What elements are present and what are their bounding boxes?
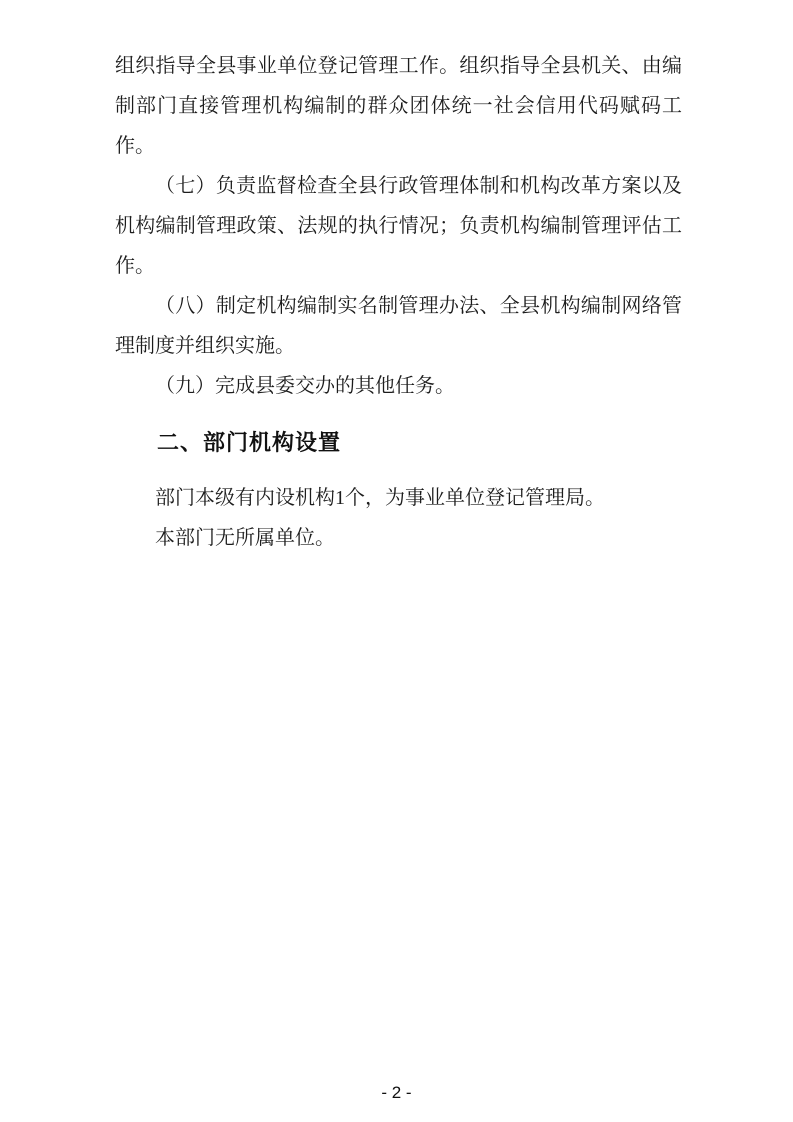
paragraph-item-7: （七）负责监督检查全县行政管理体制和机构改革方案以及机构编制管理政策、法规的执行… <box>115 166 682 286</box>
page-number: - 2 - <box>0 1083 793 1103</box>
section-heading: 二、部门机构设置 <box>115 423 682 463</box>
paragraph-item-8: （八）制定机构编制实名制管理办法、全县机构编制网络管理制度并组织实施。 <box>115 286 682 366</box>
document-content: 组织指导全县事业单位登记管理工作。组织指导全县机关、由编制部门直接管理机构编制的… <box>115 46 682 558</box>
document-page: 组织指导全县事业单位登记管理工作。组织指导全县机关、由编制部门直接管理机构编制的… <box>0 0 793 1122</box>
paragraph-internal-org: 部门本级有内设机构1个，为事业单位登记管理局。 <box>115 478 682 518</box>
paragraph-no-subordinate-units: 本部门无所属单位。 <box>115 518 682 558</box>
paragraph-continuation: 组织指导全县事业单位登记管理工作。组织指导全县机关、由编制部门直接管理机构编制的… <box>115 46 682 166</box>
paragraph-item-9: （九）完成县委交办的其他任务。 <box>115 366 682 406</box>
